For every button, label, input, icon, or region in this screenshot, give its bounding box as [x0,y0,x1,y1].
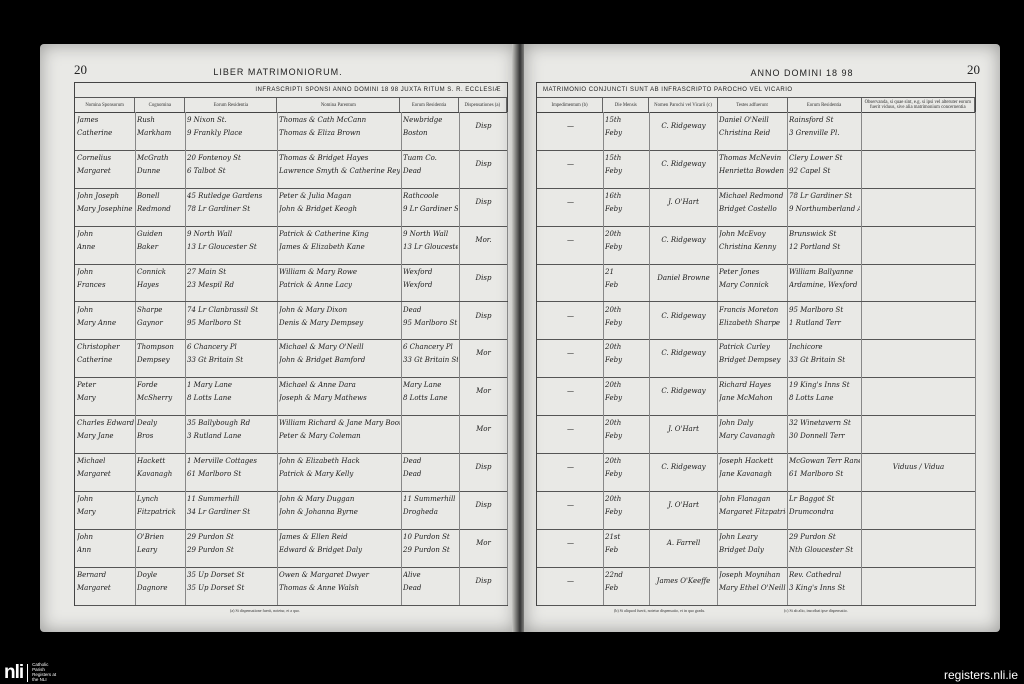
witnesses-line: Francis Moreton [719,306,786,315]
parent-residence-line: 33 Gt Britain St [403,356,458,365]
parent-names-line: John & Elizabeth Hack [279,457,400,466]
officiating-priest: C. Ridgeway [649,226,718,264]
witness-residence-line: Brunswick St [789,230,860,239]
parent-names: Michael & Anne DaraJoseph & Mary Mathews [277,377,402,415]
spouse-names-line: Catherine [77,129,134,138]
column-header: Die Mensis [603,98,649,112]
parent-names-line: Patrick & Mary Kelly [279,470,400,479]
spouse-names-line: Mary Anne [77,319,134,328]
parent-names-line: Patrick & Anne Lacy [279,281,400,290]
spouse-names: JohnMary [75,491,136,529]
dispensation: Mor. [459,226,508,264]
officiating-priest-value: Daniel Browne [651,274,716,283]
spouse-surnames: LynchFitzpatrick [135,491,186,529]
spouse-names-line: Cornelius [77,154,134,163]
spouse-surnames-line: McSherry [137,394,184,403]
dispensation-value: Mor [461,349,506,358]
column-header: Nomina Sponsorum [75,98,135,112]
spouse-surnames-line: Bonell [137,192,184,201]
marriage-date-line: Feby [605,167,648,176]
spouse-names: MichaelMargaret [75,453,136,491]
officiating-priest-value: J. O'Hart [651,425,716,434]
witnesses-line: Joseph Hackett [719,457,786,466]
spouse-names: Charles EdwardMary Jane [75,415,136,453]
spouse-residence-line: 35 Ballybough Rd [187,419,276,428]
spouse-surnames-line: Gaynor [137,319,184,328]
spouse-names-line: John [77,268,134,277]
logo-divider [27,664,28,682]
parent-residence-line: 6 Chancery Pl [403,343,458,352]
spouse-residence-line: 33 Gt Britain St [187,356,276,365]
parent-names-line: Denis & Mary Dempsey [279,319,400,328]
witness-residence-line: 78 Lr Gardiner St [789,192,860,201]
spouse-residence: 9 Nixon St.9 Frankly Place [185,112,278,150]
witnesses-line: Jane McMahon [719,394,786,403]
parent-names-line: Patrick & Catherine King [279,230,400,239]
spouse-surnames: DoyleDagnore [135,567,186,605]
witnesses: Thomas McNevinHenrietta Bowden [717,150,788,188]
spouse-residence-line: 8 Lotts Lane [187,394,276,403]
marriage-date-line: 21st [605,533,648,542]
spouse-names: JohnFrances [75,264,136,302]
parent-names-line: Michael & Mary O'Neill [279,343,400,352]
spouse-surnames-line: Redmond [137,205,184,214]
spouse-surnames: ThompsonDempsey [135,339,186,377]
officiating-priest: James O'Keeffe [649,567,718,605]
officiating-priest: J. O'Hart [649,188,718,226]
parent-residence: Tuam Co.Dead [401,150,460,188]
spouse-residence: 35 Up Dorset St35 Up Dorset St [185,567,278,605]
parent-residence: AliveDead [401,567,460,605]
parent-residence-line: Dead [403,584,458,593]
witness-residence-line: 9 Northumberland Ave [789,205,860,214]
spouse-residence-line: 13 Lr Gloucester St [187,243,276,252]
spouse-names: CorneliusMargaret [75,150,136,188]
officiating-priest: Daniel Browne [649,264,718,302]
spouse-residence: 11 Summerhill34 Lr Gardiner St [185,491,278,529]
spouse-residence-line: 1 Mary Lane [187,381,276,390]
spouse-names-line: John [77,306,134,315]
parent-residence: Rathcoole9 Lr Gardiner St [401,188,460,226]
marriage-date: 21Feb [603,264,650,302]
spouse-residence: 9 North Wall13 Lr Gloucester St [185,226,278,264]
column-header: Cognomina [135,98,185,112]
left-footnote: (a) Si dispensatione fuerit, notetur, et… [230,608,300,613]
spouse-residence-line: 6 Talbot St [187,167,276,176]
parent-residence-line: Wexford [403,281,458,290]
spouse-residence-line: 9 Frankly Place [187,129,276,138]
spouse-residence: 1 Mary Lane8 Lotts Lane [185,377,278,415]
witness-residence-line: 92 Capel St [789,167,860,176]
spouse-residence-line: 9 North Wall [187,230,276,239]
dispensation: Mor [459,339,508,377]
dispensation: Disp [459,150,508,188]
spouse-surnames-line: Dealy [137,419,184,428]
observations [861,112,976,150]
parent-names-line: Thomas & Bridget Hayes [279,154,400,163]
spouse-residence-line: 29 Purdon St [187,533,276,542]
witness-residence: Brunswick St12 Portland St [787,226,862,264]
table-row: JohnAnneGuidenBaker9 North Wall13 Lr Glo… [75,226,507,265]
spouse-names-line: Mary [77,508,134,517]
officiating-priest-value: A. Farrell [651,539,716,548]
spouse-names: JamesCatherine [75,112,136,150]
spouse-residence-line: 20 Fontenoy St [187,154,276,163]
parent-names-line: John & Bridget Bamford [279,356,400,365]
spouse-surnames-line: Thompson [137,343,184,352]
observations [861,377,976,415]
dispensation: Disp [459,453,508,491]
register-book: 20 LIBER MATRIMONIORUM. INFRASCRIPTI SPO… [40,44,1004,632]
spouse-names: JohnMary Anne [75,302,136,340]
impediment: — [537,302,604,340]
parent-names: Peter & Julia MaganJohn & Bridget Keogh [277,188,402,226]
marriage-date-line: Feb [605,546,648,555]
parent-residence-line: Boston [403,129,458,138]
table-row: —16thFebyJ. O'HartMichael RedmondBridget… [537,188,975,227]
spouse-names: JohnAnn [75,529,136,567]
witness-residence-line: McGowan Terr Ranelagh [789,457,860,466]
parent-residence-line: Dead [403,457,458,466]
witnesses: John FlanaganMargaret Fitzpatrick [717,491,788,529]
witness-residence-line: 61 Marlboro St [789,470,860,479]
spouse-residence-line: 27 Main St [187,268,276,277]
witnesses-line: Christina Kenny [719,243,786,252]
parent-residence-line: 95 Marlboro St [403,319,458,328]
dispensation: Disp [459,567,508,605]
marriage-date-line: Feby [605,508,648,517]
impediment [537,264,604,302]
witnesses-line: John Daly [719,419,786,428]
marriage-date: 20thFeby [603,377,650,415]
parent-residence-line: Dead [403,470,458,479]
witnesses-line: Michael Redmond [719,192,786,201]
spouse-names-line: Catherine [77,356,134,365]
spouse-residence: 1 Merville Cottages61 Marlboro St [185,453,278,491]
spouse-names-line: Ann [77,546,134,555]
marriage-date-line: 20th [605,457,648,466]
witness-residence: 32 Winetavern St30 Donnell Terr [787,415,862,453]
observations [861,339,976,377]
officiating-priest-value: C. Ridgeway [651,160,716,169]
right-column-headers: Impedimentum (b)Die MensisNomen Parochi … [537,97,975,113]
spouse-residence: 6 Chancery Pl33 Gt Britain St [185,339,278,377]
parent-names-line: Lawrence Smyth & Catherine Reynolds [279,167,400,176]
parent-residence-line: 9 North Wall [403,230,458,239]
parent-residence: NewbridgeBoston [401,112,460,150]
spouse-names-line: John Joseph [77,192,134,201]
witness-residence: 95 Marlboro St1 Rutland Terr [787,302,862,340]
nli-logo[interactable]: nli Catholic Parish Registers at the NLI [4,662,58,682]
witness-residence-line: 3 King's Inns St [789,584,860,593]
observations [861,188,976,226]
spouse-residence-line: 35 Up Dorset St [187,571,276,580]
observations [861,491,976,529]
impediment: — [537,491,604,529]
spouse-surnames-line: Fitzpatrick [137,508,184,517]
spouse-surnames: SharpeGaynor [135,302,186,340]
left-banner: INFRASCRIPTI SPONSI ANNO DOMINI 18 98 JU… [75,83,507,97]
spouse-names-line: Bernard [77,571,134,580]
witness-residence-line: Inchicore [789,343,860,352]
spouse-residence: 27 Main St23 Mespil Rd [185,264,278,302]
witnesses-line: Mary Connick [719,281,786,290]
observations [861,226,976,264]
column-header: Nomen Parochi vel Vicarii (c) [649,98,717,112]
impediment-value: — [539,160,602,169]
parent-names: John & Elizabeth HackPatrick & Mary Kell… [277,453,402,491]
officiating-priest: J. O'Hart [649,491,718,529]
officiating-priest-value: C. Ridgeway [651,387,716,396]
spouse-residence-line: 74 Lr Clanbrassil St [187,306,276,315]
column-header: Eorum Residentia [185,98,277,112]
witness-residence-line: Lr Baggot St [789,495,860,504]
dispensation-value: Mor [461,387,506,396]
marriage-date-line: 16th [605,192,648,201]
marriage-date: 21stFeb [603,529,650,567]
parent-names-line: James & Ellen Reid [279,533,400,542]
impediment-value: — [539,425,602,434]
officiating-priest-value: C. Ridgeway [651,463,716,472]
spouse-residence-line: 45 Rutledge Gardens [187,192,276,201]
witnesses-line: Bridget Daly [719,546,786,555]
parent-residence: 10 Purdon St29 Purdon St [401,529,460,567]
table-row: —20thFebyJ. O'HartJohn FlanaganMargaret … [537,491,975,530]
witness-residence-line: Rev. Cathedral [789,571,860,580]
table-row: 21FebDaniel BrownePeter JonesMary Connic… [537,264,975,303]
observations [861,150,976,188]
officiating-priest-value: C. Ridgeway [651,236,716,245]
impediment-value: — [539,539,602,548]
impediment: — [537,150,604,188]
table-row: Charles EdwardMary JaneDealyBros35 Bally… [75,415,507,454]
dispensation-value: Disp [461,577,506,586]
marriage-date: 22ndFeb [603,567,650,605]
impediment-value: — [539,198,602,207]
spouse-names-line: John [77,495,134,504]
dispensation-value: Disp [461,198,506,207]
dispensation-value: Mor. [461,236,506,245]
dispensation-value: Disp [461,501,506,510]
witnesses: Peter JonesMary Connick [717,264,788,302]
parent-residence-line: 29 Purdon St [403,546,458,555]
officiating-priest: C. Ridgeway [649,112,718,150]
dispensation-value: Mor [461,425,506,434]
dispensation: Mor [459,529,508,567]
marriage-date-line: Feb [605,281,648,290]
witness-residence-line: 95 Marlboro St [789,306,860,315]
spouse-surnames-line: Leary [137,546,184,555]
witnesses-line: Elizabeth Sharpe [719,319,786,328]
spouse-residence: 20 Fontenoy St6 Talbot St [185,150,278,188]
table-row: CorneliusMargaretMcGrathDunne20 Fontenoy… [75,150,507,189]
parent-names: Thomas & Bridget HayesLawrence Smyth & C… [277,150,402,188]
impediment: — [537,339,604,377]
witnesses: Michael RedmondBridget Costello [717,188,788,226]
parent-residence: 9 North Wall13 Lr Gloucester St [401,226,460,264]
spouse-residence-line: 11 Summerhill [187,495,276,504]
spouse-residence-line: 35 Up Dorset St [187,584,276,593]
observations [861,264,976,302]
marriage-date-line: Feby [605,470,648,479]
table-row: —15thFebyC. RidgewayThomas McNevinHenrie… [537,150,975,189]
logo-caption: Catholic Parish Registers at the NLI [32,662,58,682]
dispensation-value: Mor [461,539,506,548]
marriage-date: 15thFeby [603,112,650,150]
parent-names: Patrick & Catherine KingJames & Elizabet… [277,226,402,264]
site-link[interactable]: registers.nli.ie [944,668,1018,682]
parent-names-line: James & Elizabeth Kane [279,243,400,252]
spouse-surnames: ConnickHayes [135,264,186,302]
parent-residence: Mary Lane8 Lotts Lane [401,377,460,415]
witnesses-line: Christina Reid [719,129,786,138]
witness-residence-line: William Ballyanne [789,268,860,277]
spouse-names-line: Anne [77,243,134,252]
spouse-residence-line: 1 Merville Cottages [187,457,276,466]
table-row: —20thFebyC. RidgewayPatrick CurleyBridge… [537,339,975,378]
spouse-names-line: Mary Josephine [77,205,134,214]
officiating-priest-value: J. O'Hart [651,198,716,207]
officiating-priest-value: J. O'Hart [651,501,716,510]
witness-residence-line: Nth Gloucester St [789,546,860,555]
dispensation-value: Disp [461,463,506,472]
spouse-surnames: HackettKavanagh [135,453,186,491]
table-row: JamesCatherineRushMarkham9 Nixon St.9 Fr… [75,112,507,151]
parent-names-line: John & Mary Dixon [279,306,400,315]
witnesses-line: Jane Kavanagh [719,470,786,479]
marriage-date-line: 20th [605,495,648,504]
officiating-priest-value: James O'Keeffe [651,577,716,586]
left-page-title: LIBER MATRIMONIORUM. [40,67,516,77]
spouse-names: BernardMargaret [75,567,136,605]
marriage-date: 20thFeby [603,339,650,377]
spouse-surnames-line: Doyle [137,571,184,580]
right-page: 20 ANNO DOMINI 18 98 MATRIMONIO CONJUNCT… [524,44,1000,632]
marriage-date-line: 15th [605,116,648,125]
spouse-surnames-line: Rush [137,116,184,125]
spouse-names-line: Frances [77,281,134,290]
impediment-value: — [539,387,602,396]
table-row: BernardMargaretDoyleDagnore35 Up Dorset … [75,567,507,606]
parent-names: William & Mary RowePatrick & Anne Lacy [277,264,402,302]
impediment: — [537,567,604,605]
marriage-date: 20thFeby [603,302,650,340]
dispensation-value: Disp [461,312,506,321]
impediment: — [537,529,604,567]
observations [861,415,976,453]
spouse-surnames-line: Kavanagh [137,470,184,479]
spouse-surnames-line: Dagnore [137,584,184,593]
right-page-title: ANNO DOMINI 18 98 [564,68,1024,78]
table-row: JohnFrancesConnickHayes27 Main St23 Mesp… [75,264,507,303]
spouse-names-line: Charles Edward [77,419,134,428]
marriage-date-line: 22nd [605,571,648,580]
spouse-residence-line: 6 Chancery Pl [187,343,276,352]
witnesses: Francis MoretonElizabeth Sharpe [717,302,788,340]
table-row: —15thFebyC. RidgewayDaniel O'NeillChrist… [537,112,975,151]
spouse-names-line: John [77,230,134,239]
parent-names-line: Peter & Mary Coleman [279,432,400,441]
witnesses-line: Richard Hayes [719,381,786,390]
spouse-surnames: GuidenBaker [135,226,186,264]
witness-residence: Rainsford St3 Grenville Pl. [787,112,862,150]
spouse-names-line: Margaret [77,470,134,479]
spouse-residence: 74 Lr Clanbrassil St95 Marlboro St [185,302,278,340]
witness-residence: Clery Lower St92 Capel St [787,150,862,188]
marriage-date: 16thFeby [603,188,650,226]
spouse-residence-line: 78 Lr Gardiner St [187,205,276,214]
marriage-date-line: Feb [605,584,648,593]
parent-residence-line: Rathcoole [403,192,458,201]
spouse-names-line: Mary Jane [77,432,134,441]
parent-names: James & Ellen ReidEdward & Bridget Daly [277,529,402,567]
marriage-date-line: 15th [605,154,648,163]
observations [861,302,976,340]
witnesses-line: Peter Jones [719,268,786,277]
spouse-surnames-line: Bros [137,432,184,441]
parent-residence-line: Tuam Co. [403,154,458,163]
marriage-date-line: 20th [605,381,648,390]
parent-names-line: Edward & Bridget Daly [279,546,400,555]
witness-residence-line: Ardamine, Wexford [789,281,860,290]
officiating-priest: C. Ridgeway [649,453,718,491]
parent-names-line: Joseph & Mary Mathews [279,394,400,403]
spouse-surnames-line: Dempsey [137,356,184,365]
spouse-names-line: Mary [77,394,134,403]
officiating-priest: C. Ridgeway [649,150,718,188]
table-row: —20thFebyC. RidgewayJoseph HackettJane K… [537,453,975,492]
spouse-surnames: BonellRedmond [135,188,186,226]
spouse-surnames-line: Forde [137,381,184,390]
witness-residence-line: 30 Donnell Terr [789,432,860,441]
parent-residence: 6 Chancery Pl33 Gt Britain St [401,339,460,377]
parent-residence-line: Mary Lane [403,381,458,390]
witness-residence-line: 32 Winetavern St [789,419,860,428]
parent-residence-line: Alive [403,571,458,580]
witness-residence-line: 33 Gt Britain St [789,356,860,365]
parent-names-line: Thomas & Anne Walsh [279,584,400,593]
witnesses-line: John Leary [719,533,786,542]
witness-residence-line: 12 Portland St [789,243,860,252]
parent-residence-line: Newbridge [403,116,458,125]
witnesses-line: Bridget Costello [719,205,786,214]
spouse-surnames: FordeMcSherry [135,377,186,415]
right-rows: —15thFebyC. RidgewayDaniel O'NeillChrist… [537,112,975,605]
witness-residence-line: Rainsford St [789,116,860,125]
spouse-residence-line: 9 Nixon St. [187,116,276,125]
spouse-names-line: Peter [77,381,134,390]
marriage-date: 20thFeby [603,491,650,529]
spouse-residence: 45 Rutledge Gardens78 Lr Gardiner St [185,188,278,226]
impediment-value: — [539,312,602,321]
parent-names: Owen & Margaret DwyerThomas & Anne Walsh [277,567,402,605]
table-row: —20thFebyC. RidgewayRichard HayesJane Mc… [537,377,975,416]
marriage-date-line: 21 [605,268,648,277]
right-footnote-c: (c) Si ab alio, inscribat ipse dispensat… [784,608,848,613]
impediment-value: — [539,463,602,472]
witness-residence: Rev. Cathedral3 King's Inns St [787,567,862,605]
officiating-priest: A. Farrell [649,529,718,567]
spouse-residence-line: 3 Rutland Lane [187,432,276,441]
officiating-priest-value: C. Ridgeway [651,122,716,131]
spouse-names-line: Margaret [77,167,134,176]
parent-names-line: Michael & Anne Dara [279,381,400,390]
spouse-names-line: Christopher [77,343,134,352]
spouse-surnames: McGrathDunne [135,150,186,188]
spouse-surnames: RushMarkham [135,112,186,150]
column-header: Eorum Residentia [400,98,458,112]
left-rows: JamesCatherineRushMarkham9 Nixon St.9 Fr… [75,112,507,605]
